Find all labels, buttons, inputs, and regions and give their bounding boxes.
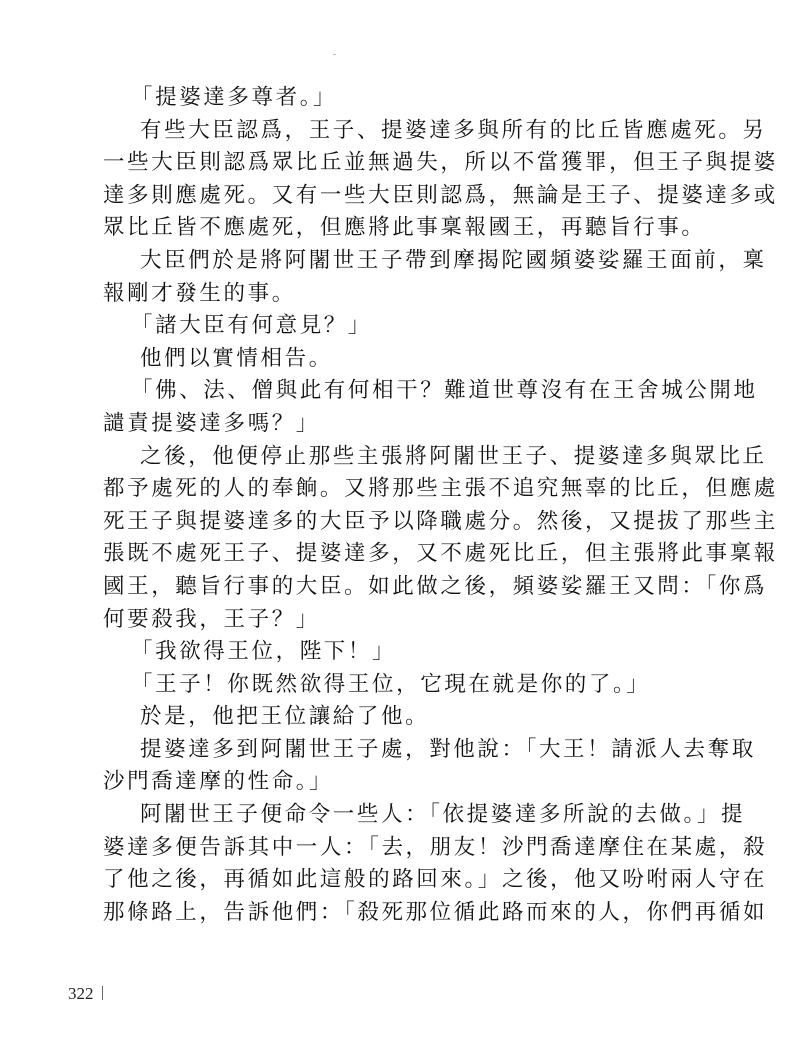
text-line: 之後，他便停止那些主張將阿闍世王子、提婆達多與眾比丘 bbox=[103, 441, 713, 474]
body-text: 「提婆達多尊者。」有些大臣認爲，王子、提婆達多與所有的比丘皆應處死。另一些大臣則… bbox=[103, 82, 713, 929]
text-line: 「我欲得王位，陛下！」 bbox=[103, 636, 713, 669]
text-line: 達多則應處死。又有一些大臣則認爲，無論是王子、提婆達多或 bbox=[103, 180, 713, 213]
text-line: 阿闍世王子便命令一些人：「依提婆達多所說的去做。」提 bbox=[103, 799, 713, 832]
text-line: 報剛才發生的事。 bbox=[103, 278, 713, 311]
text-line: 婆達多便告訴其中一人：「去，朋友！沙門喬達摩住在某處，殺 bbox=[103, 832, 713, 865]
text-line: 國王，聽旨行事的大臣。如此做之後，頻婆娑羅王又問：「你爲 bbox=[103, 571, 713, 604]
text-line: 沙門喬達摩的性命。」 bbox=[103, 766, 713, 799]
text-line: 譴責提婆達多嗎？」 bbox=[103, 408, 713, 441]
text-line: 了他之後，再循如此這般的路回來。」之後，他又吩咐兩人守在 bbox=[103, 864, 713, 897]
text-line: 那條路上，告訴他們：「殺死那位循此路而來的人，你們再循如 bbox=[103, 897, 713, 930]
page-number: 322 bbox=[68, 984, 103, 1004]
text-line: 有些大臣認爲，王子、提婆達多與所有的比丘皆應處死。另 bbox=[103, 115, 713, 148]
text-line: 何要殺我，王子？」 bbox=[103, 604, 713, 637]
text-line: 提婆達多到阿闍世王子處，對他說：「大王！請派人去奪取 bbox=[103, 734, 713, 767]
text-line: 死王子與提婆達多的大臣予以降職處分。然後，又提拔了那些主 bbox=[103, 506, 713, 539]
text-line: 眾比丘皆不應處死，但應將此事稟報國王，再聽旨行事。 bbox=[103, 212, 713, 245]
text-line: 「王子！你既然欲得王位，它現在就是你的了。」 bbox=[103, 669, 713, 702]
folio-divider bbox=[102, 986, 103, 1000]
page-number-value: 322 bbox=[68, 984, 94, 1003]
text-line: 都予處死的人的奉餉。又將那些主張不追究無辜的比丘，但應處 bbox=[103, 473, 713, 506]
text-line: 一些大臣則認爲眾比丘並無過失，所以不當獲罪，但王子與提婆 bbox=[103, 147, 713, 180]
text-line: 他們以實情相告。 bbox=[103, 343, 713, 376]
text-line: 於是，他把王位讓給了他。 bbox=[103, 701, 713, 734]
scan-artifact bbox=[333, 54, 336, 55]
text-line: 「諸大臣有何意見？」 bbox=[103, 310, 713, 343]
book-page: 「提婆達多尊者。」有些大臣認爲，王子、提婆達多與所有的比丘皆應處死。另一些大臣則… bbox=[0, 0, 792, 1056]
text-line: 張既不處死王子、提婆達多，又不處死比丘，但主張將此事稟報 bbox=[103, 538, 713, 571]
text-line: 「佛、法、僧與此有何相干？難道世尊沒有在王舍城公開地 bbox=[103, 375, 713, 408]
text-line: 大臣們於是將阿闍世王子帶到摩揭陀國頻婆娑羅王面前，稟 bbox=[103, 245, 713, 278]
text-line: 「提婆達多尊者。」 bbox=[103, 82, 713, 115]
